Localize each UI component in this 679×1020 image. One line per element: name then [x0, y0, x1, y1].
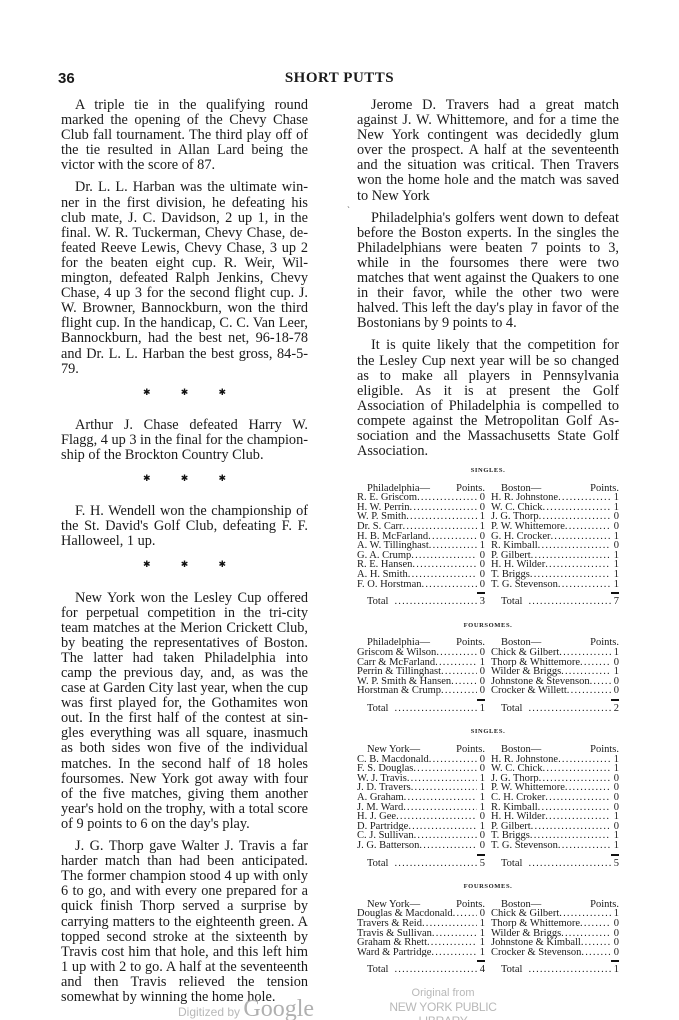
player-points: 1	[611, 831, 619, 841]
total-rule	[611, 960, 619, 962]
leader-dots	[408, 570, 477, 580]
table-row: W. J. Travis 1	[357, 774, 485, 784]
google-logo-icon: Google	[243, 996, 314, 1020]
player-name: P. Gilbert	[491, 822, 531, 832]
player-points: 0	[477, 686, 485, 696]
right-column: Jerome D. Travers had a great match agai…	[357, 98, 619, 466]
team-header: Philadelphia— Points.	[357, 484, 485, 494]
player-points: 1	[611, 812, 619, 822]
table-row: H. J. Gee 0	[357, 812, 485, 822]
leader-dots	[543, 503, 611, 513]
team-column: Boston— Points. Chick & Gilbert 1 Thorp …	[491, 638, 619, 713]
team-header: New York— Points.	[357, 900, 485, 910]
player-name: Johnstone & Stevenson	[491, 677, 590, 687]
score-table: Philadelphia— Points. Griscom & Wilson 0…	[357, 638, 619, 713]
leader-dots	[539, 512, 611, 522]
table-row: Johnstone & Kimball 0	[491, 938, 619, 948]
player-points: 1	[477, 919, 485, 929]
team-column: New York— Points. C. B. Macdonald 0 F. S…	[357, 745, 485, 868]
table-title: SINGLES.	[357, 727, 619, 737]
table-row: R. E. Griscom 0	[357, 493, 485, 503]
player-points: 0	[611, 822, 619, 832]
table-row: P. Gilbert 1	[491, 551, 619, 561]
player-points: 1	[477, 929, 485, 939]
total-label: Total	[367, 859, 388, 869]
paragraph: It is quite likely that the competition …	[357, 338, 619, 459]
total-label: Total	[367, 704, 388, 714]
table-row: H. H. Wilder 1	[491, 812, 619, 822]
table-row: Ward & Partridge 1	[357, 948, 485, 958]
table-row: Travers & Reid 1	[357, 919, 485, 929]
leader-dots	[580, 919, 611, 929]
fleuron-ornament-icon: ✱ ✱ ✱	[61, 557, 308, 572]
player-points: 1	[477, 822, 485, 832]
table-row: Graham & Rhett 1	[357, 938, 485, 948]
page-header: 36 SHORT PUTTS	[0, 60, 679, 82]
table-row: W. P. Smith 1	[357, 512, 485, 522]
player-points: 1	[611, 551, 619, 561]
leader-dots	[590, 677, 611, 687]
player-points: 1	[611, 560, 619, 570]
leader-dots	[411, 783, 477, 793]
leader-dots	[531, 822, 611, 832]
team-column: New York— Points. Douglas & Macdonald 0 …	[357, 900, 485, 975]
leader-dots	[528, 965, 611, 975]
total-points: 1	[477, 704, 485, 714]
original-from-watermark: Original from NEW YORK PUBLIC LIBRARY	[368, 986, 518, 1020]
table-row: H. B. McFarland 0	[357, 532, 485, 542]
player-name: W. P. Smith & Hansen	[357, 677, 451, 687]
total-points: 7	[611, 597, 619, 607]
leader-dots	[558, 580, 611, 590]
player-points: 1	[611, 764, 619, 774]
leader-dots	[538, 803, 611, 813]
player-name: T. Briggs	[491, 831, 530, 841]
left-column: A triple tie in the qualifying round mar…	[61, 98, 308, 1012]
leader-dots	[580, 658, 611, 668]
player-points: 0	[477, 764, 485, 774]
player-name: D. Partridge	[357, 822, 408, 832]
player-name: P. W. Whittemore	[491, 522, 565, 532]
leader-dots	[581, 938, 611, 948]
player-points: 0	[611, 677, 619, 687]
paragraph: J. G. Thorp gave Walter J. Travis a far …	[61, 839, 308, 1005]
player-name: Perrin & Tillinghast	[357, 667, 441, 677]
leader-dots	[539, 774, 611, 784]
player-points: 1	[611, 532, 619, 542]
paragraph: New York won the Lesley Cup offered for …	[61, 591, 308, 833]
leader-dots	[412, 560, 477, 570]
player-points: 0	[477, 667, 485, 677]
leader-dots	[559, 648, 611, 658]
team-column: Boston— Points. Chick & Gilbert 1 Thorp …	[491, 900, 619, 975]
total-label: Total	[501, 859, 522, 869]
player-name: H. W. Perrin	[357, 503, 410, 513]
player-name: T. Briggs	[491, 570, 530, 580]
leader-dots	[453, 909, 477, 919]
player-name: F. S. Douglas	[357, 764, 413, 774]
margin-mark: ˎ	[347, 198, 350, 208]
leader-dots	[407, 774, 477, 784]
leader-dots	[436, 648, 477, 658]
table-row: Johnstone & Stevenson 0	[491, 677, 619, 687]
player-name: Horstman & Crump	[357, 686, 441, 696]
table-row: Wilder & Briggs 0	[491, 929, 619, 939]
table-row: H. W. Perrin 0	[357, 503, 485, 513]
leader-dots	[530, 570, 611, 580]
leader-dots	[451, 677, 477, 687]
total-label: Total	[501, 704, 522, 714]
total-row: Total 3	[357, 597, 485, 607]
player-points: 0	[611, 938, 619, 948]
table-row: Wilder & Briggs 1	[491, 667, 619, 677]
table-row: R. Kimball 0	[491, 803, 619, 813]
team-header: Boston— Points.	[491, 638, 619, 648]
paragraph: Dr. L. L. Harban was the ultimate win­ne…	[61, 180, 308, 376]
table-row: Thorp & Whittemore 0	[491, 658, 619, 668]
player-points: 0	[611, 929, 619, 939]
player-name: W. C. Chick	[491, 503, 543, 513]
leader-dots	[411, 551, 477, 561]
player-points: 0	[477, 503, 485, 513]
total-label: Total	[501, 965, 522, 975]
team-name: Boston—	[501, 484, 541, 494]
total-label: Total	[367, 965, 388, 975]
leader-dots	[422, 580, 478, 590]
total-label: Total	[367, 597, 388, 607]
table-row: C. B. Macdonald 0	[357, 755, 485, 765]
player-name: J. D. Travers	[357, 783, 411, 793]
player-name: H. H. Wilder	[491, 812, 545, 822]
player-name: Johnstone & Kimball	[491, 938, 581, 948]
table-row: T. Briggs 1	[491, 831, 619, 841]
player-points: 0	[477, 570, 485, 580]
player-points: 1	[477, 938, 485, 948]
player-points: 0	[611, 803, 619, 813]
player-points: 1	[611, 841, 619, 851]
leader-dots	[406, 512, 477, 522]
player-name: Griscom & Wilson	[357, 648, 436, 658]
player-name: Ward & Partridge	[357, 948, 431, 958]
total-points: 5	[477, 859, 485, 869]
team-column: Boston— Points. H. R. Johnstone 1 W. C. …	[491, 745, 619, 868]
team-header: Philadelphia— Points.	[357, 638, 485, 648]
player-name: J. G. Thorp	[491, 774, 539, 784]
total-row: Total 2	[491, 704, 619, 714]
leader-dots	[413, 764, 477, 774]
player-name: G. H. Crocker	[491, 532, 550, 542]
team-header: Boston— Points.	[491, 484, 619, 494]
leader-dots	[417, 493, 477, 503]
table-row: H. H. Wilder 1	[491, 560, 619, 570]
player-name: H. H. Wilder	[491, 560, 545, 570]
player-points: 1	[477, 793, 485, 803]
player-points: 1	[477, 948, 485, 958]
leader-dots	[429, 541, 477, 551]
player-points: 0	[611, 783, 619, 793]
leader-dots	[394, 965, 477, 975]
player-points: 0	[611, 541, 619, 551]
leader-dots	[528, 859, 611, 869]
table-row: R. E. Hansen 0	[357, 560, 485, 570]
player-name: F. O. Horstman	[357, 580, 422, 590]
total-points: 1	[611, 965, 619, 975]
leader-dots	[403, 522, 478, 532]
player-name: Wilder & Briggs	[491, 667, 561, 677]
table-row: Thorp & Whittemore 0	[491, 919, 619, 929]
leader-dots	[543, 764, 611, 774]
player-name: H. R. Johnstone	[491, 755, 558, 765]
leader-dots	[431, 948, 477, 958]
player-name: Crocker & Willett	[491, 686, 567, 696]
leader-dots	[538, 541, 611, 551]
player-name: A. W. Tillinghast	[357, 541, 429, 551]
leader-dots	[550, 532, 611, 542]
team-name: Boston—	[501, 638, 541, 648]
table-row: F. O. Horstman 0	[357, 580, 485, 590]
digitized-prefix: Digitized by	[178, 1005, 240, 1019]
table-row: Perrin & Tillinghast 0	[357, 667, 485, 677]
total-row: Total 7	[491, 597, 619, 607]
player-points: 0	[477, 677, 485, 687]
leader-dots	[394, 597, 477, 607]
leader-dots	[441, 667, 477, 677]
leader-dots	[561, 929, 611, 939]
player-points: 0	[611, 686, 619, 696]
team-header: Boston— Points.	[491, 745, 619, 755]
player-points: 0	[611, 512, 619, 522]
team-name: Philadelphia—	[367, 484, 430, 494]
table-row: Carr & McFarland 1	[357, 658, 485, 668]
table-row: W. C. Chick 1	[491, 503, 619, 513]
player-name: H. B. McFarland	[357, 532, 428, 542]
paragraph: Jerome D. Travers had a great match agai…	[357, 98, 619, 204]
leader-dots	[422, 919, 477, 929]
player-points: 0	[611, 793, 619, 803]
leader-dots	[545, 812, 611, 822]
table-row: Chick & Gilbert 1	[491, 909, 619, 919]
leader-dots	[408, 822, 477, 832]
player-points: 1	[477, 522, 485, 532]
table-row: T. G. Stevenson 1	[491, 841, 619, 851]
total-rule	[611, 592, 619, 594]
team-name: Boston—	[501, 900, 541, 910]
player-points: 1	[477, 774, 485, 784]
table-title: SINGLES.	[357, 466, 619, 476]
player-points: 1	[477, 658, 485, 668]
player-name: Travis & Sullivan	[357, 929, 432, 939]
leader-dots	[429, 755, 477, 765]
leader-dots	[545, 793, 611, 803]
total-rule	[477, 854, 485, 856]
player-points: 1	[611, 755, 619, 765]
table-row: A. W. Tillinghast 1	[357, 541, 485, 551]
leader-dots	[394, 859, 477, 869]
library-name: NEW YORK PUBLIC LIBRARY	[368, 1000, 518, 1020]
table-row: J. M. Ward 1	[357, 803, 485, 813]
table-row: Travis & Sullivan 1	[357, 929, 485, 939]
score-table: New York— Points. C. B. Macdonald 0 F. S…	[357, 745, 619, 868]
player-points: 0	[477, 532, 485, 542]
leader-dots	[581, 948, 611, 958]
player-points: 1	[611, 493, 619, 503]
player-points: 1	[477, 541, 485, 551]
player-points: 0	[611, 522, 619, 532]
leader-dots	[531, 551, 611, 561]
running-head: SHORT PUTTS	[0, 70, 679, 87]
player-name: H. J. Gee	[357, 812, 396, 822]
player-name: W. C. Chick	[491, 764, 543, 774]
points-label: Points.	[590, 638, 619, 648]
player-name: Carr & McFarland	[357, 658, 435, 668]
paragraph: A triple tie in the qualifying round mar…	[61, 98, 308, 173]
leader-dots	[558, 493, 611, 503]
table-row: H. R. Johnstone 1	[491, 493, 619, 503]
player-points: 1	[611, 580, 619, 590]
digitized-by-google-watermark: Digitized by Google	[178, 996, 314, 1020]
player-name: Travers & Reid	[357, 919, 422, 929]
total-rule	[611, 854, 619, 856]
total-rule	[477, 960, 485, 962]
team-name: Boston—	[501, 745, 541, 755]
player-points: 1	[611, 909, 619, 919]
table-row: P. W. Whittemore 0	[491, 783, 619, 793]
player-points: 1	[477, 512, 485, 522]
player-points: 0	[477, 551, 485, 561]
player-name: W. P. Smith	[357, 512, 406, 522]
table-row: G. A. Crump 0	[357, 551, 485, 561]
player-name: Graham & Rhett	[357, 938, 427, 948]
points-label: Points.	[590, 900, 619, 910]
table-row: W. P. Smith & Hansen 0	[357, 677, 485, 687]
total-rule	[477, 699, 485, 701]
leader-dots	[410, 503, 478, 513]
player-points: 1	[611, 648, 619, 658]
total-rule	[477, 592, 485, 594]
player-points: 1	[611, 667, 619, 677]
total-points: 2	[611, 704, 619, 714]
player-name: T. G. Stevenson	[491, 841, 558, 851]
table-row: P. W. Whittemore 0	[491, 522, 619, 532]
points-label: Points.	[456, 745, 485, 755]
leader-dots	[441, 686, 477, 696]
player-points: 0	[477, 812, 485, 822]
player-points: 0	[477, 560, 485, 570]
player-name: J. M. Ward	[357, 803, 403, 813]
table-row: Douglas & Macdonald 0	[357, 909, 485, 919]
table-row: G. H. Crocker 1	[491, 532, 619, 542]
player-points: 0	[477, 493, 485, 503]
table-row: T. Briggs 1	[491, 570, 619, 580]
team-name: Philadelphia—	[367, 638, 430, 648]
table-row: Crocker & Stevenson 0	[491, 948, 619, 958]
team-column: Philadelphia— Points. R. E. Griscom 0 H.…	[357, 484, 485, 607]
table-row: D. Partridge 1	[357, 822, 485, 832]
player-name: W. J. Travis	[357, 774, 407, 784]
table-row: Dr. S. Carr 1	[357, 522, 485, 532]
player-name: J. G. Batterson	[357, 841, 419, 851]
leader-dots	[404, 793, 477, 803]
table-row: C. J. Sullivan 0	[357, 831, 485, 841]
table-row: R. Kimball 0	[491, 541, 619, 551]
player-name: T. G. Stevenson	[491, 580, 558, 590]
leader-dots	[545, 560, 611, 570]
leader-dots	[559, 909, 611, 919]
total-rule	[611, 699, 619, 701]
player-points: 0	[611, 919, 619, 929]
leader-dots	[558, 755, 611, 765]
total-row: Total 5	[491, 859, 619, 869]
total-points: 5	[611, 859, 619, 869]
table-row: F. S. Douglas 0	[357, 764, 485, 774]
player-name: P. W. Whittemore	[491, 783, 565, 793]
player-points: 1	[611, 503, 619, 513]
player-name: Chick & Gilbert	[491, 909, 559, 919]
player-name: H. R. Johnstone	[491, 493, 558, 503]
table-row: A. Graham 1	[357, 793, 485, 803]
fleuron-ornament-icon: ✱ ✱ ✱	[61, 385, 308, 400]
leader-dots	[565, 783, 611, 793]
table-row: Chick & Gilbert 1	[491, 648, 619, 658]
points-label: Points.	[590, 745, 619, 755]
player-name: Dr. S. Carr	[357, 522, 403, 532]
total-points: 4	[477, 965, 485, 975]
player-points: 0	[477, 831, 485, 841]
player-points: 1	[611, 570, 619, 580]
table-row: H. R. Johnstone 1	[491, 755, 619, 765]
player-name: Crocker & Stevenson	[491, 948, 581, 958]
table-row: C. H. Croker 0	[491, 793, 619, 803]
player-points: 0	[611, 658, 619, 668]
table-row: J. G. Thorp 0	[491, 774, 619, 784]
player-points: 1	[477, 783, 485, 793]
paragraph: Philadelphia's golfers went down to de­f…	[357, 211, 619, 332]
points-label: Points.	[590, 484, 619, 494]
player-name: P. Gilbert	[491, 551, 531, 561]
player-name: Chick & Gilbert	[491, 648, 559, 658]
player-points: 0	[477, 909, 485, 919]
player-name: G. A. Crump	[357, 551, 411, 561]
leader-dots	[414, 831, 477, 841]
team-column: Philadelphia— Points. Griscom & Wilson 0…	[357, 638, 485, 713]
player-name: A. Graham	[357, 793, 404, 803]
team-name: New York—	[367, 745, 420, 755]
leader-dots	[530, 831, 611, 841]
leader-dots	[419, 841, 477, 851]
leader-dots	[528, 704, 611, 714]
total-row: Total 1	[357, 704, 485, 714]
table-row: A. H. Smith 0	[357, 570, 485, 580]
player-name: R. Kimball	[491, 541, 538, 551]
leader-dots	[428, 532, 477, 542]
table-row: J. G. Thorp 0	[491, 512, 619, 522]
paragraph: Arthur J. Chase defeated Harry W. Flagg,…	[61, 418, 308, 463]
leader-dots	[432, 929, 477, 939]
total-points: 3	[477, 597, 485, 607]
total-row: Total 5	[357, 859, 485, 869]
score-table: New York— Points. Douglas & Macdonald 0 …	[357, 900, 619, 975]
team-header: Boston— Points.	[491, 900, 619, 910]
score-tables: SINGLES. Philadelphia— Points. R. E. Gri…	[357, 466, 619, 989]
leader-dots	[435, 658, 477, 668]
leader-dots	[396, 812, 477, 822]
total-row: Total 4	[357, 965, 485, 975]
total-row: Total 1	[491, 965, 619, 975]
player-name: Douglas & Macdonald	[357, 909, 453, 919]
player-name: J. G. Thorp	[491, 512, 539, 522]
player-name: R. Kimball	[491, 803, 538, 813]
table-row: J. G. Batterson 0	[357, 841, 485, 851]
